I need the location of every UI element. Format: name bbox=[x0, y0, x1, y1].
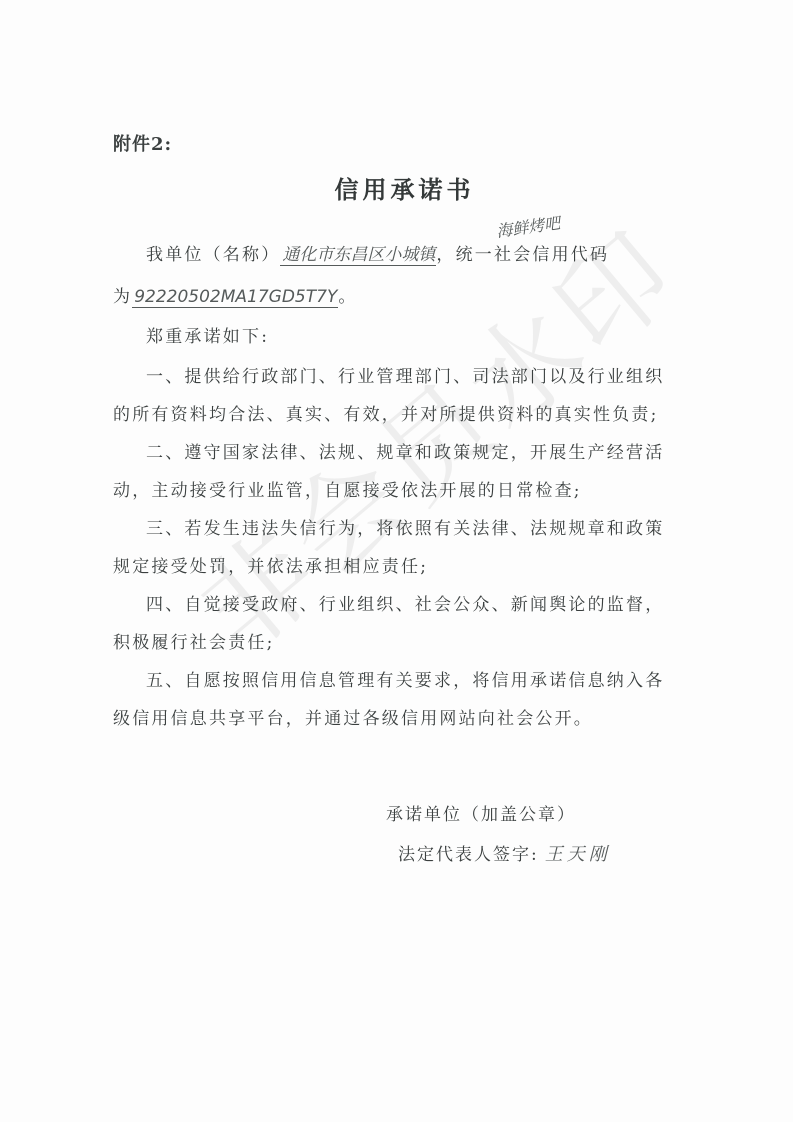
intro-prefix: 我单位（名称） bbox=[146, 245, 280, 265]
intro-line-2: 为92220502MA17GD5T7Y。 bbox=[113, 282, 358, 307]
solemn-promise-heading: 郑重承诺如下: bbox=[146, 322, 269, 347]
commitment-2-line-2: 动，主动接受行业监管，自愿接受依法开展的日常检查; bbox=[113, 476, 582, 501]
commitment-4-line-1: 四、自觉接受政府、行业组织、社会公众、新闻舆论的监督， bbox=[146, 590, 664, 615]
unit-name-handwritten: 通化市东昌区小城镇 bbox=[280, 245, 436, 266]
commitment-3-line-1: 三、若发生违法失信行为，将依照有关法律、法规规章和政策 bbox=[146, 514, 664, 539]
promising-unit-label: 承诺单位（加盖公章） bbox=[386, 800, 576, 825]
credit-code-prefix: 为 bbox=[113, 287, 132, 307]
commitment-1-line-2: 的所有资料均合法、真实、有效，并对所提供资料的真实性负责; bbox=[113, 400, 659, 425]
commitment-3-line-2: 规定接受处罚，并依法承担相应责任; bbox=[113, 552, 428, 577]
commitment-5-line-2: 级信用信息共享平台，并通过各级信用网站向社会公开。 bbox=[113, 704, 593, 729]
legal-rep-label: 法定代表人签字: bbox=[398, 845, 539, 865]
legal-rep-signature-row: 法定代表人签字:王天刚 bbox=[398, 840, 611, 866]
commitment-2-line-1: 二、遵守国家法律、法规、规章和政策规定，开展生产经营活 bbox=[146, 438, 664, 463]
document-page: 非会员水印 附件2: 信用承诺书 我单位（名称）通化市东昌区小城镇，统一社会信用… bbox=[0, 0, 793, 1122]
unit-name-handwritten-insert: 海鲜烤吧 bbox=[495, 210, 562, 242]
credit-code-handwritten: 92220502MA17GD5T7Y bbox=[132, 287, 338, 308]
document-title: 信用承诺书 bbox=[0, 170, 793, 205]
legal-rep-signature: 王天刚 bbox=[545, 844, 611, 865]
attachment-label: 附件2: bbox=[113, 130, 172, 156]
commitment-1-line-1: 一、提供给行政部门、行业管理部门、司法部门以及行业组织 bbox=[146, 362, 664, 387]
commitment-5-line-1: 五、自愿按照信用信息管理有关要求，将信用承诺信息纳入各 bbox=[146, 666, 664, 691]
credit-code-suffix: 。 bbox=[338, 287, 357, 307]
intro-suffix: ，统一社会信用代码 bbox=[436, 245, 609, 265]
commitment-4-line-2: 积极履行社会责任; bbox=[113, 628, 275, 653]
intro-line-1: 我单位（名称）通化市东昌区小城镇，统一社会信用代码 bbox=[146, 240, 609, 265]
